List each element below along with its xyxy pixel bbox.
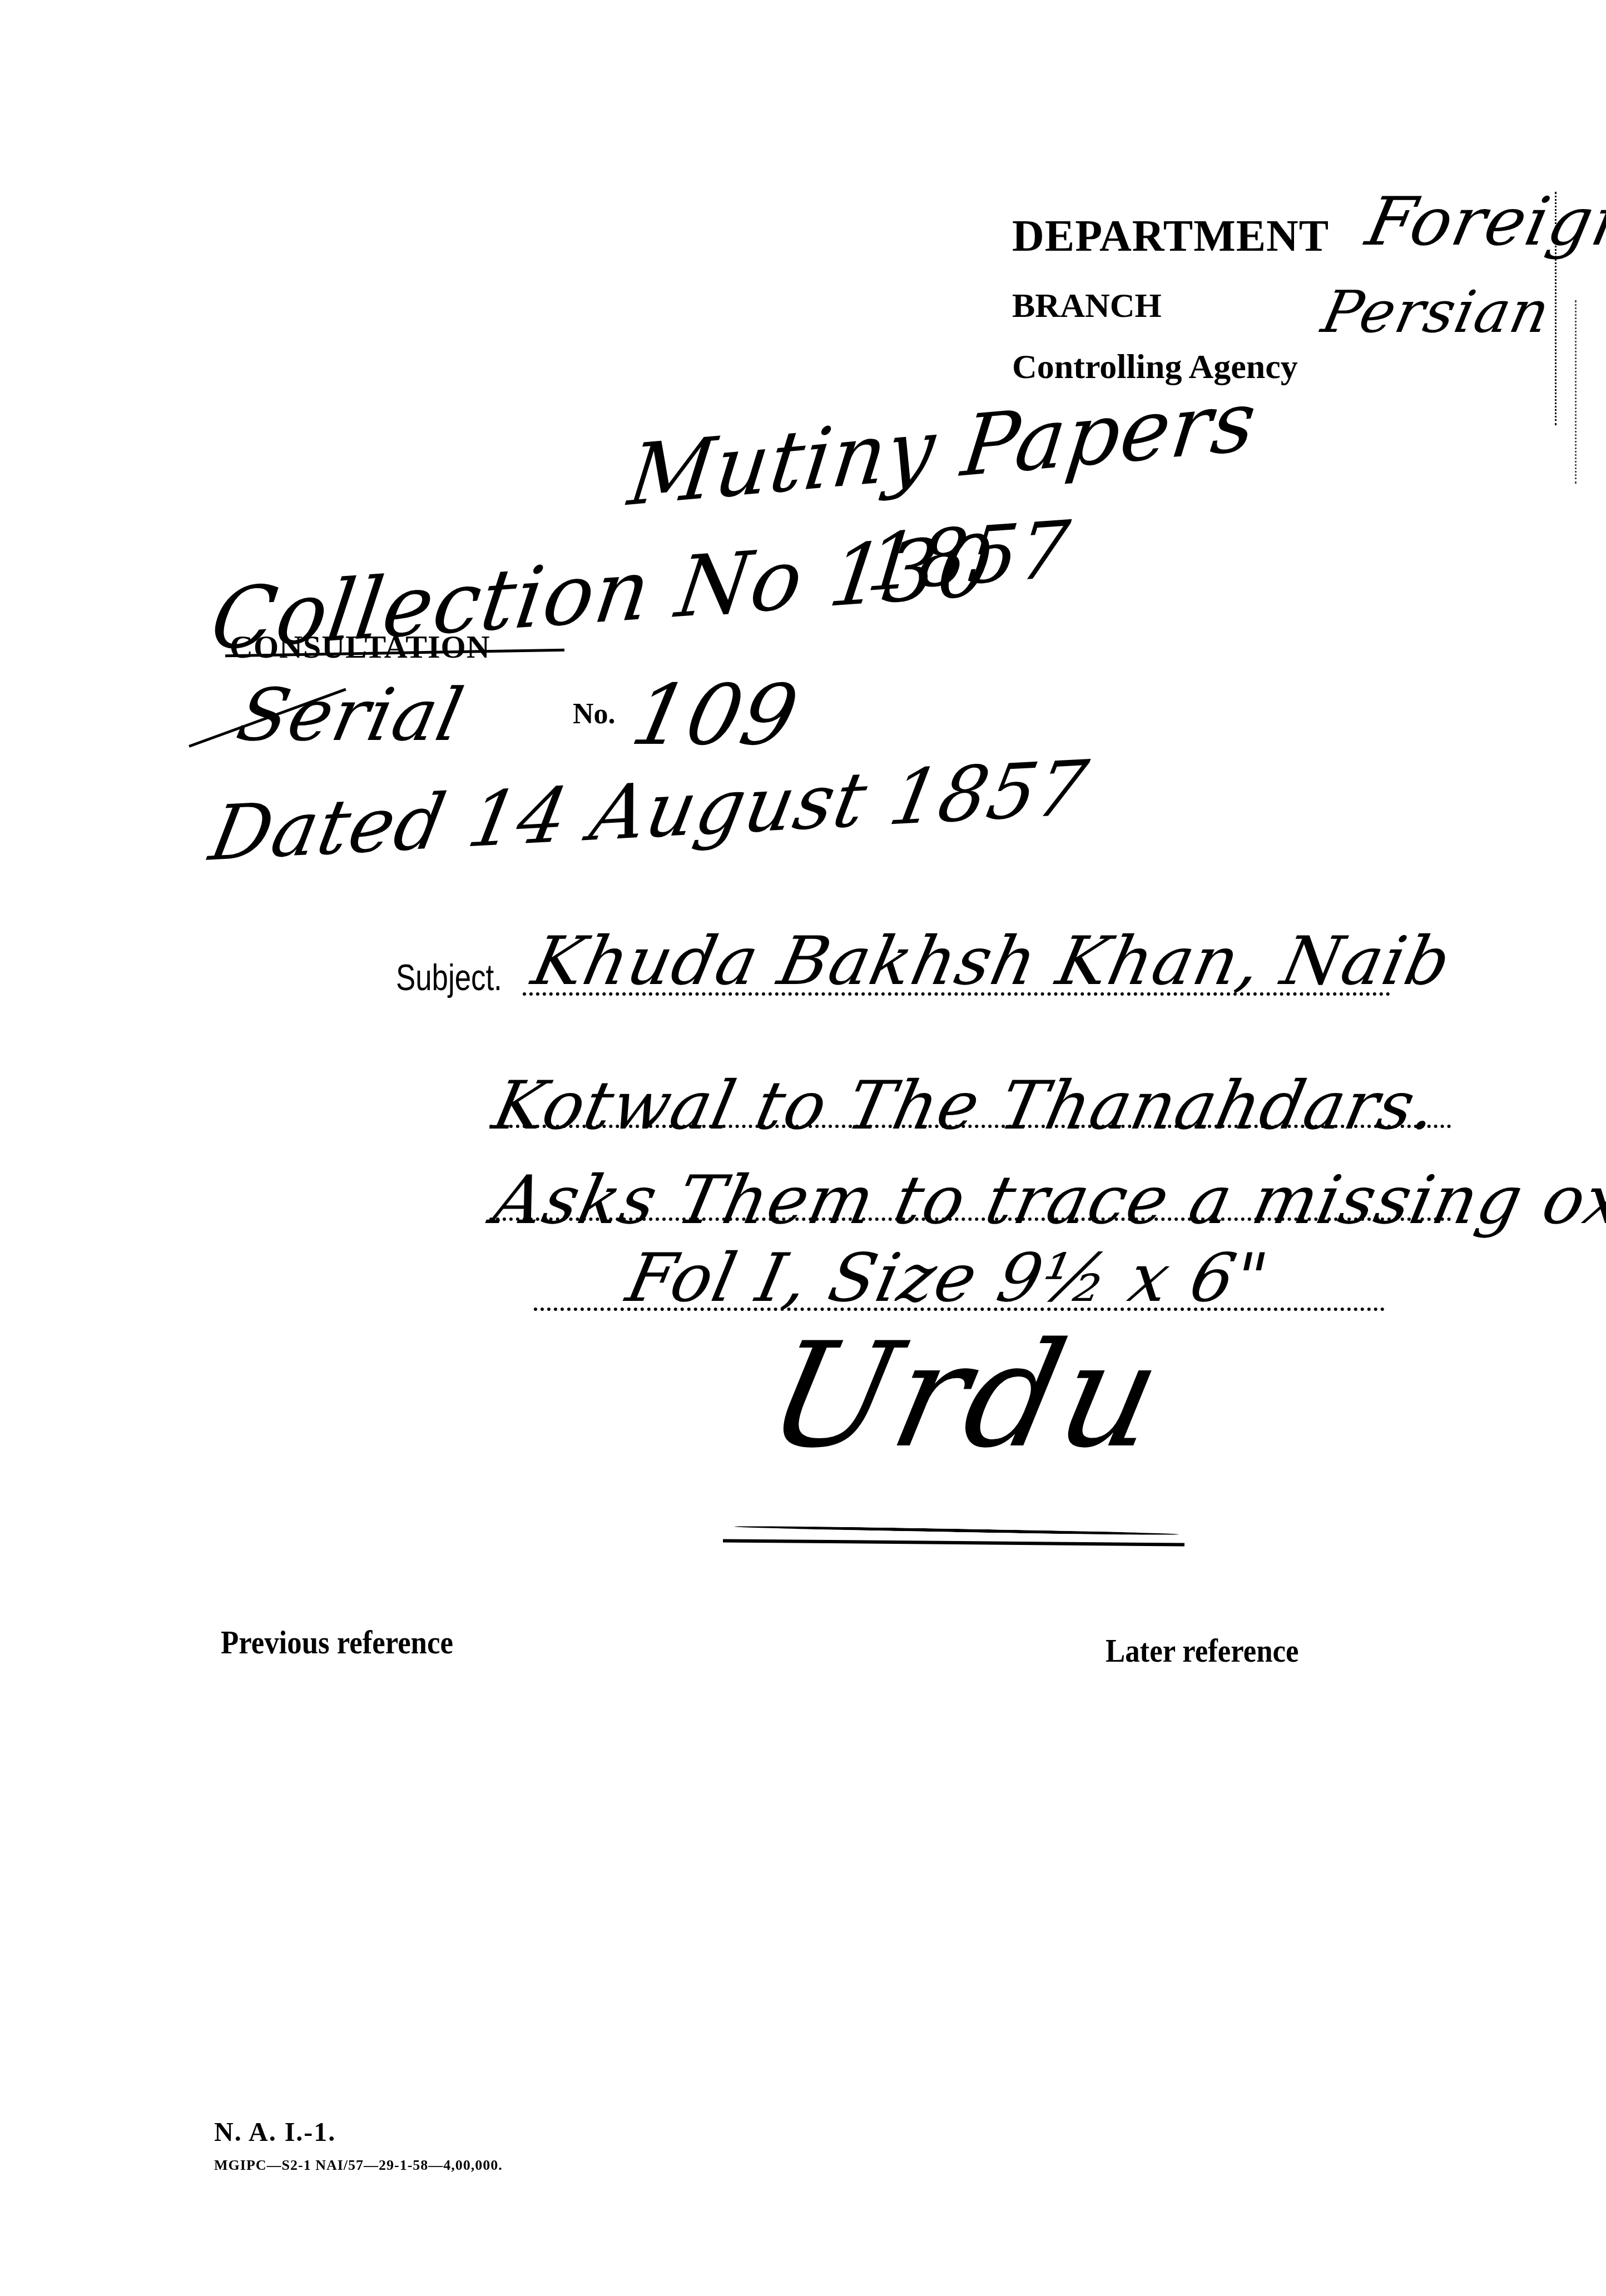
- collection-title: Mutiny Papers: [623, 372, 1262, 525]
- margin-dotted-line: [1575, 300, 1577, 484]
- subject-label: Subject.: [396, 956, 502, 998]
- previous-reference-label: Previous reference: [221, 1623, 453, 1662]
- number-label: No.: [573, 698, 616, 730]
- subject-line: Kotwal to The Thanahdars.: [487, 1067, 1445, 1145]
- subject-line: Asks Them to trace a missing ox.: [487, 1162, 1606, 1239]
- language-underline: [723, 1539, 1184, 1546]
- language-annotation: Urdu: [755, 1312, 1176, 1480]
- serial-number: 109: [624, 667, 807, 764]
- department-label: DEPARTMENT: [1012, 211, 1329, 262]
- form-id: N. A. I.-1.: [214, 2117, 336, 2148]
- consultation-date: Dated 14 August 1857: [204, 744, 1095, 878]
- consultation-label: CONSULTATION: [230, 628, 490, 665]
- subject-line: Khuda Bakhsh Khan, Naib: [526, 923, 1458, 1000]
- serial-label: Serial: [230, 673, 471, 757]
- printer-line: MGIPC—S2-1 NAI/57—29-1-58—4,00,000.: [214, 2157, 503, 2174]
- branch-label: BRANCH: [1012, 286, 1162, 326]
- later-reference-label: Later reference: [1106, 1632, 1298, 1670]
- language-underline: [734, 1525, 1179, 1536]
- branch-value: Persian: [1316, 278, 1557, 346]
- department-value: Foreign: [1360, 183, 1606, 261]
- subject-line: Fol I, Size 9½ x 6": [620, 1240, 1275, 1317]
